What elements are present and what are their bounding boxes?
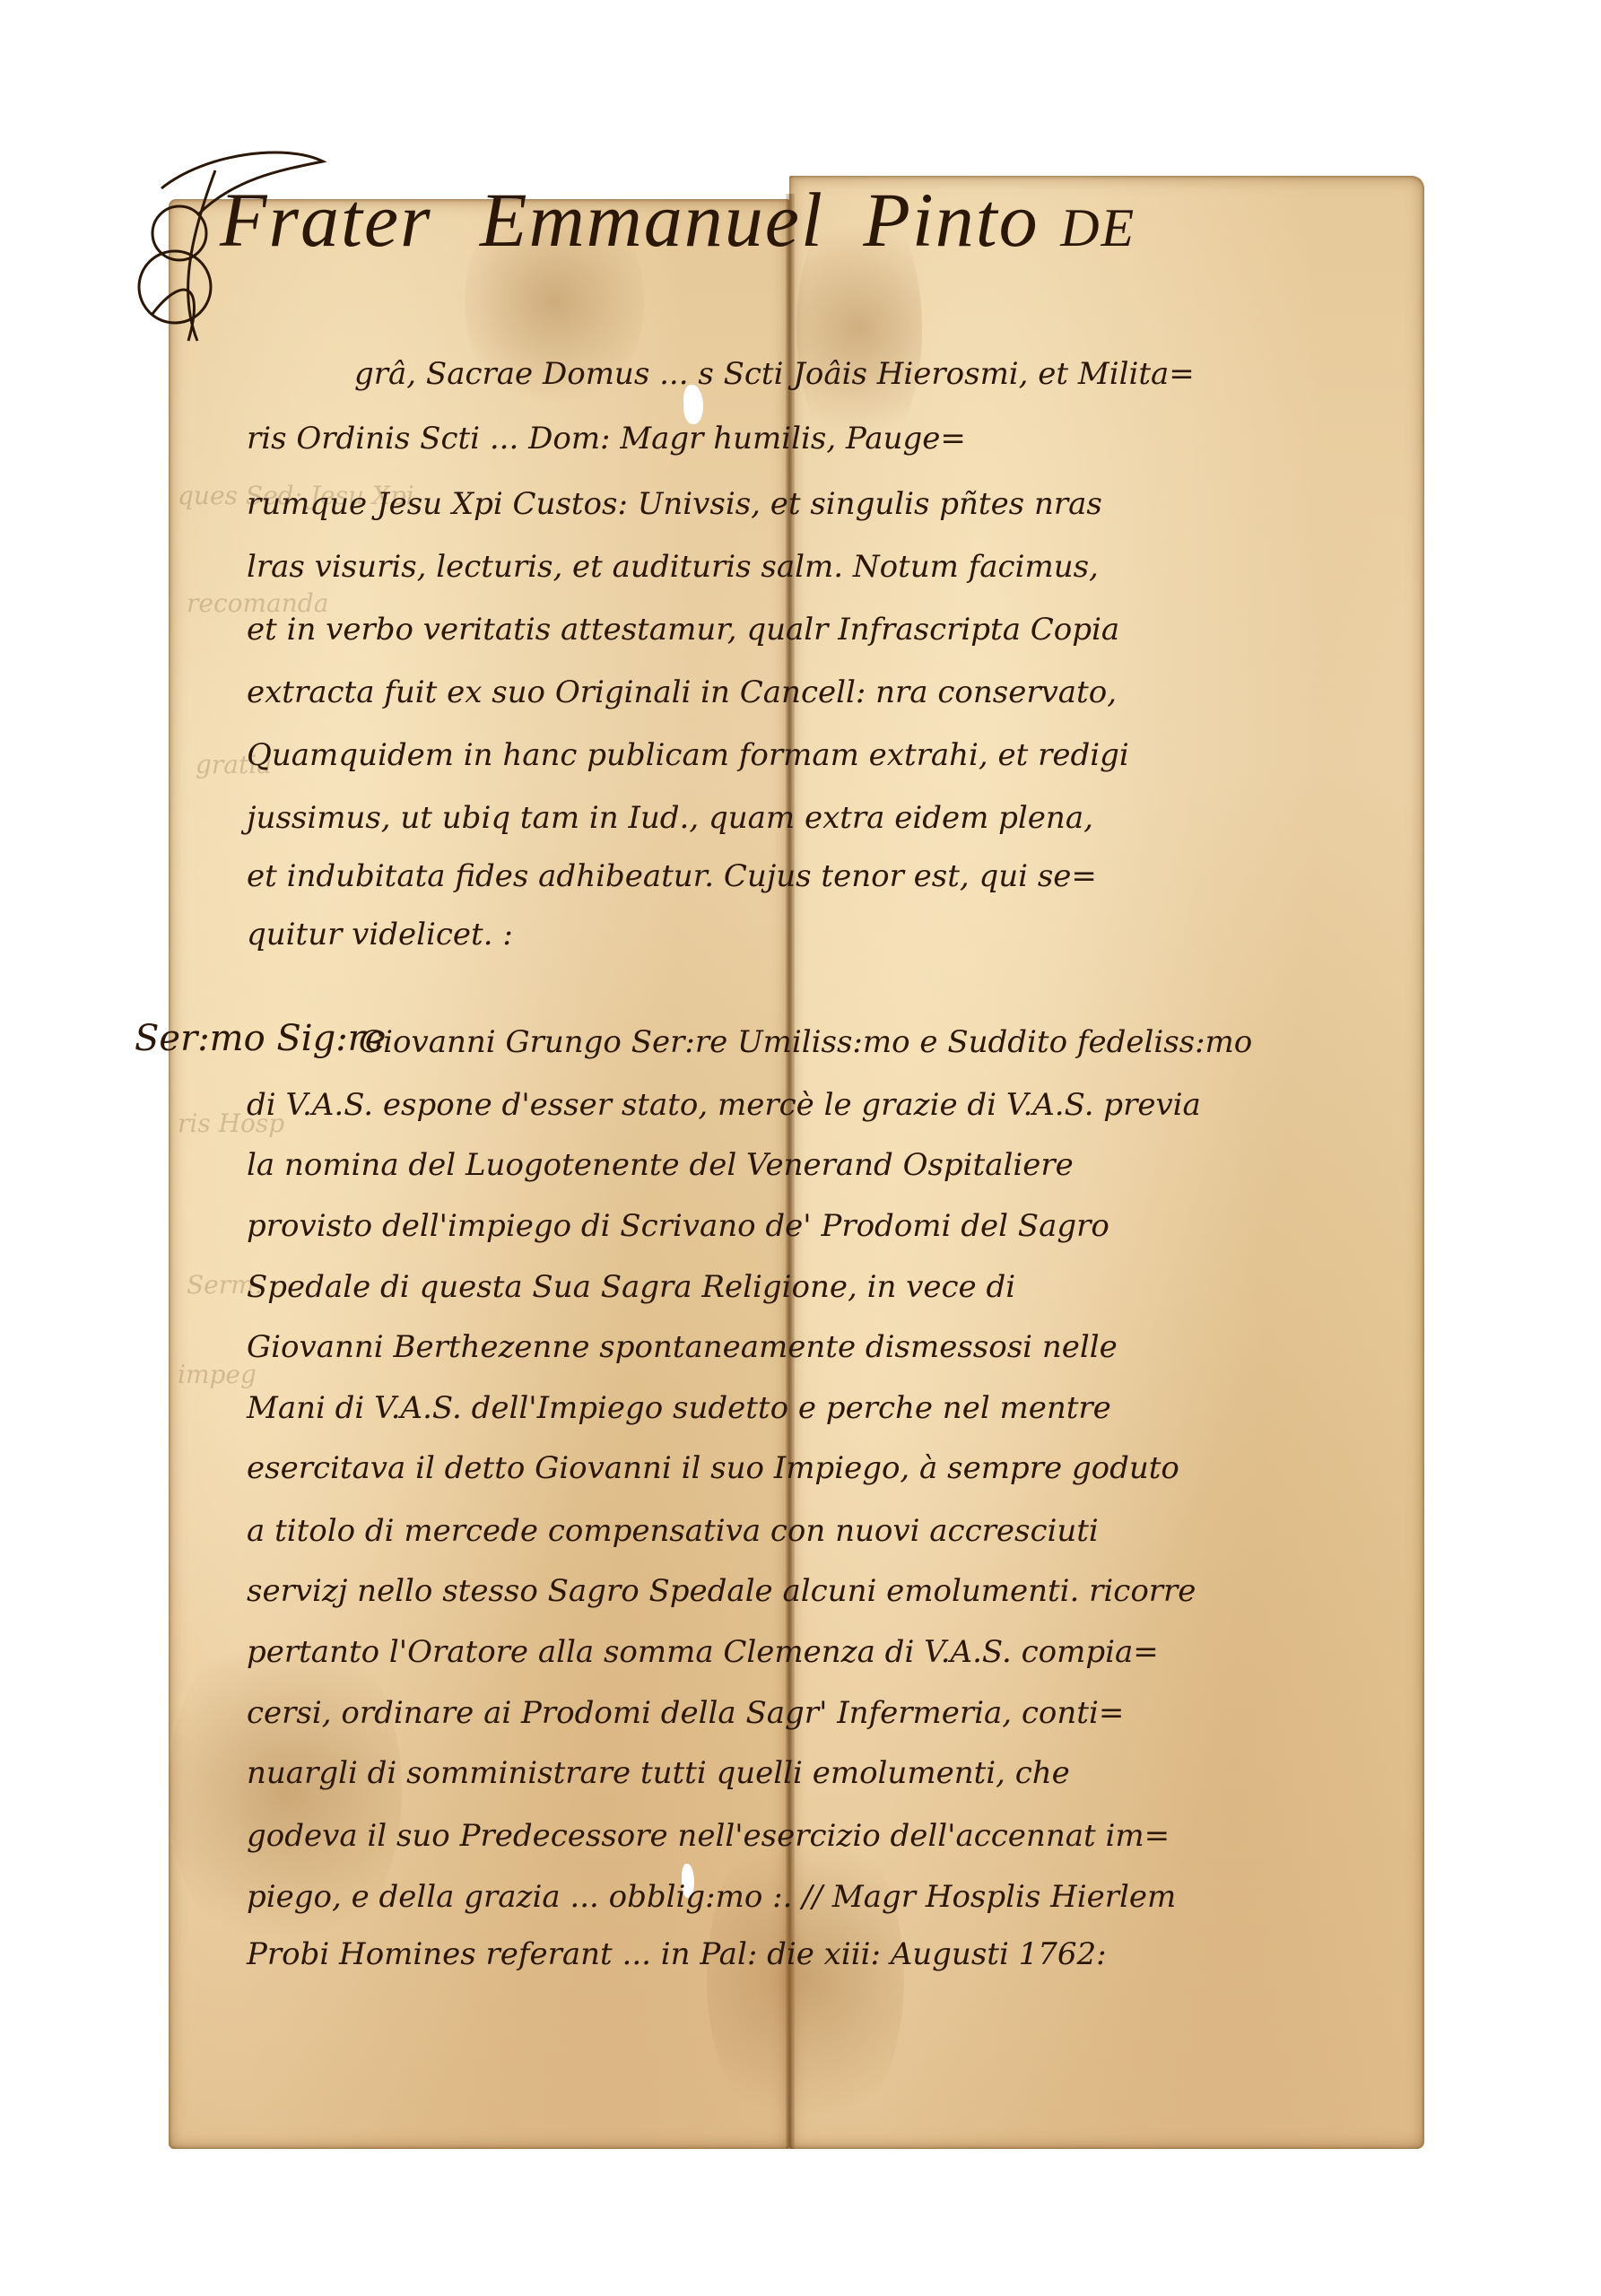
petition-line: la nomina del Luogotenente del Venerand … (247, 1150, 1074, 1180)
preamble-line: jussimus, ut ubiq tam in Iud., quam extr… (247, 803, 1093, 833)
petition-line: pertanto l'Oratore alla somma Clemenza d… (247, 1637, 1159, 1667)
petition-line: provisto dell'impiego di Scrivano de' Pr… (247, 1211, 1109, 1241)
petition-line: cersi, ordinare ai Prodomi della Sagr' I… (247, 1698, 1124, 1728)
heading-word: Frater (220, 177, 432, 263)
heading-word: Pinto (863, 177, 1039, 263)
petition-line: a titolo di mercede compensativa con nuo… (247, 1516, 1099, 1546)
petition-line: Spedale di questa Sua Sagra Religione, i… (247, 1272, 1015, 1302)
water-stain (707, 1808, 904, 2149)
salutation: Ser:mo Sig:re (135, 1018, 386, 1059)
preamble-line: et in verbo veritatis attestamur, qualr … (247, 614, 1119, 645)
document-heading: Frater Emmanuel Pinto DE (135, 175, 1135, 265)
preamble-line: lras visuris, lecturis, et audituris sal… (247, 552, 1099, 582)
petition-line: Giovanni Grungo Ser:re Umiliss:mo e Sudd… (359, 1027, 1252, 1057)
petition-line: godeva il suo Predecessore nell'esercizi… (247, 1821, 1170, 1851)
heading-word: Emmanuel (480, 177, 824, 263)
preamble-line: grâ, Sacrae Domus ... s Scti Joâis Hiero… (354, 359, 1195, 389)
petition-line: di V.A.S. espone d'esser stato, mercè le… (247, 1090, 1201, 1120)
petition-line: servizj nello stesso Sagro Spedale alcun… (247, 1576, 1196, 1606)
petition-line: Giovanni Berthezenne spontaneamente dism… (247, 1332, 1118, 1362)
preamble-line: extracta fuit ex suo Originali in Cancel… (247, 677, 1117, 708)
preamble-line: ris Ordinis Scti ... Dom: Magr humilis, … (247, 423, 966, 454)
heading-word: DE (1060, 198, 1135, 257)
petition-line: esercitava il detto Giovanni il suo Impi… (247, 1453, 1179, 1483)
petition-line: piego, e della grazia ... obblig:mo :. /… (247, 1882, 1176, 1912)
preamble-line: Quamquidem in hanc publicam formam extra… (247, 740, 1129, 770)
preamble-line: et indubitata fides adhibeatur. Cujus te… (247, 861, 1097, 891)
petition-line: nuargli di somministrare tutti quelli em… (247, 1758, 1070, 1788)
preamble-line: quitur videlicet. : (247, 919, 513, 950)
preamble-line: rumque Jesu Xpi Custos: Univsis, et sing… (247, 489, 1102, 519)
petition-line: Mani di V.A.S. dell'Impiego sudetto e pe… (247, 1393, 1111, 1423)
petition-line: Probi Homines referant ... in Pal: die x… (247, 1939, 1107, 1970)
